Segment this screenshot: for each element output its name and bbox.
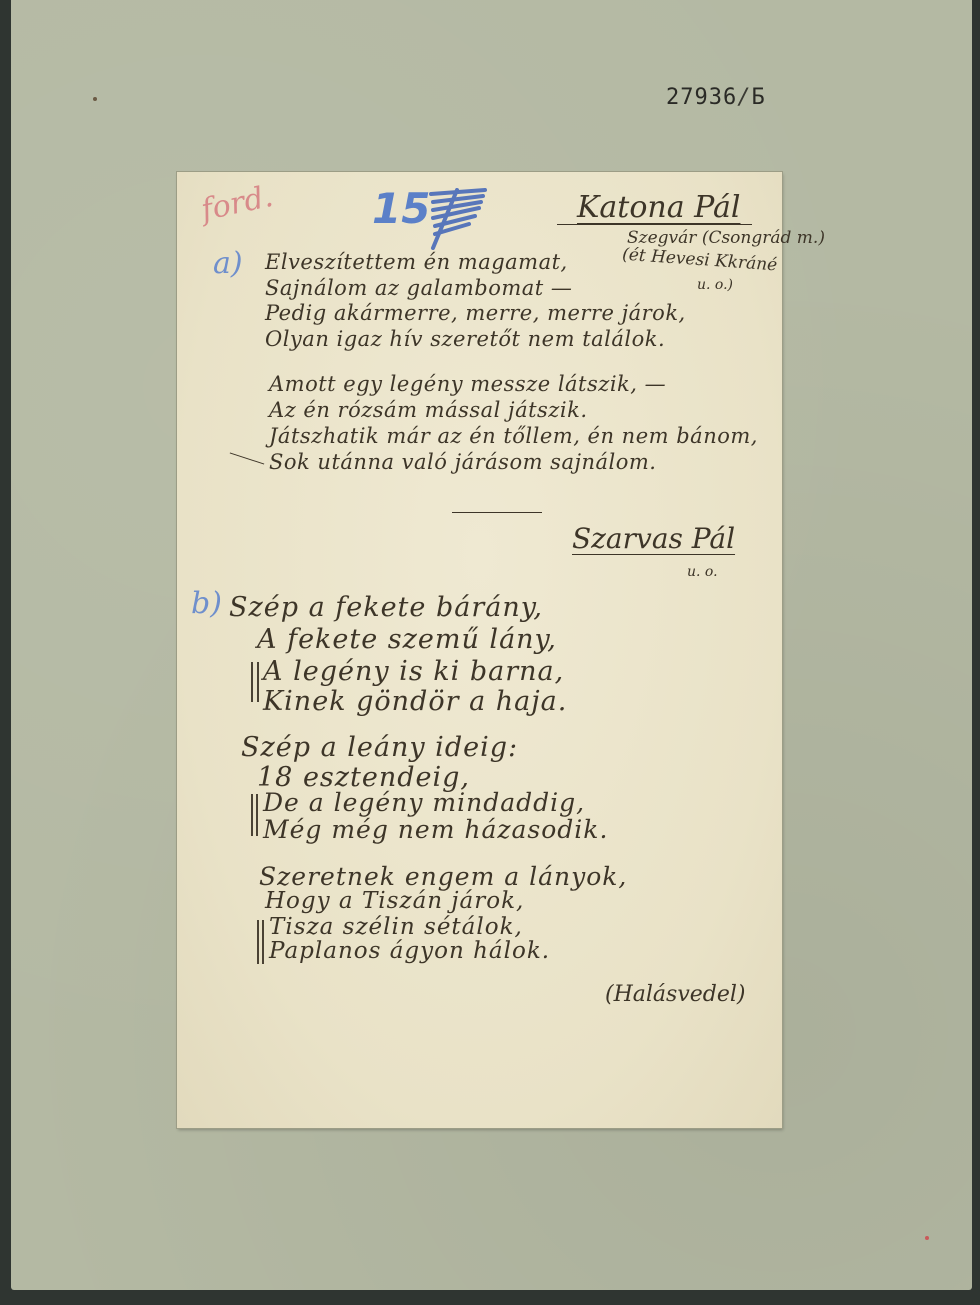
song-a-line-8: Sok utánna való járásom sajnálom. [269, 450, 656, 474]
song-a-line-1: Elveszítettem én magamat, [265, 250, 568, 274]
manuscript-sheet: ford. 15 Katona Pál Szegvár (Csongrád m.… [177, 172, 782, 1128]
song-b-label: b) [191, 586, 222, 621]
place-line-1: Szegvár (Csongrád m.) [627, 228, 825, 248]
song-b-line-5: Szép a leány ideig: [241, 732, 518, 763]
inventory-slash: / [737, 85, 751, 110]
repeat-bar [251, 794, 253, 836]
song-b-line-8: Még még nem házasodik. [263, 815, 608, 844]
song-a-line-7: Játszhatik már az én tőllem, én nem báno… [269, 424, 758, 448]
song-b-line-2: A fekete szemű lány, [257, 624, 557, 655]
song-b-line-7: De a legény mindaddig, [263, 788, 585, 817]
song-b-line-9: Szeretnek engem a lányok, [259, 862, 627, 891]
inventory-number-value: 27936 [666, 85, 737, 110]
repeat-bar [256, 794, 258, 836]
foxing-speck [93, 97, 97, 101]
inventory-suffix: Б [751, 85, 765, 110]
repeat-bar [262, 920, 264, 964]
performer-b: Szarvas Pál [572, 522, 735, 555]
red-pencil-annotation: ford. [198, 179, 276, 228]
song-b-line-3: A legény is ki barna, [263, 656, 564, 687]
repeat-bar [251, 662, 253, 702]
song-a-line-5: Amott egy legény messze látszik, — [269, 372, 666, 396]
place-line-3: u. o.) [697, 277, 733, 293]
inventory-number: 27936/Б [666, 85, 766, 110]
song-a-line-2: Sajnálom az galambomat — [265, 276, 572, 300]
song-b-line-12: Paplanos ágyon hálok. [269, 938, 550, 964]
song-b-line-4: Kinek göndör a haja. [263, 686, 567, 717]
blue-scribble-icon [427, 186, 489, 250]
performer-a-underline [557, 224, 752, 225]
source-note: (Halásvedel) [605, 982, 746, 1007]
song-b-line-1: Szép a fekete bárány, [229, 592, 543, 623]
performer-b-note: u. o. [687, 564, 718, 580]
section-separator [452, 512, 542, 513]
repeat-bar [257, 920, 259, 964]
song-a-line-6: Az én rózsám mással játszik. [269, 398, 588, 422]
repeat-bar [257, 662, 259, 702]
performer-a: Katona Pál [577, 190, 740, 225]
place-line-2: (ét Hevesi Kkráné [621, 245, 777, 276]
song-b-line-10: Hogy a Tiszán járok, [265, 888, 524, 914]
song-b-line-11: Tisza szélin sétálok, [269, 914, 523, 940]
blue-pencil-number: 15 [372, 184, 430, 233]
red-speck [925, 1236, 929, 1240]
song-a-line-3: Pedig akármerre, merre, merre járok, [265, 301, 686, 325]
repeat-stroke [230, 452, 265, 464]
song-a-line-4: Olyan igaz hív szeretőt nem találok. [265, 327, 665, 351]
song-a-label: a) [213, 246, 243, 281]
